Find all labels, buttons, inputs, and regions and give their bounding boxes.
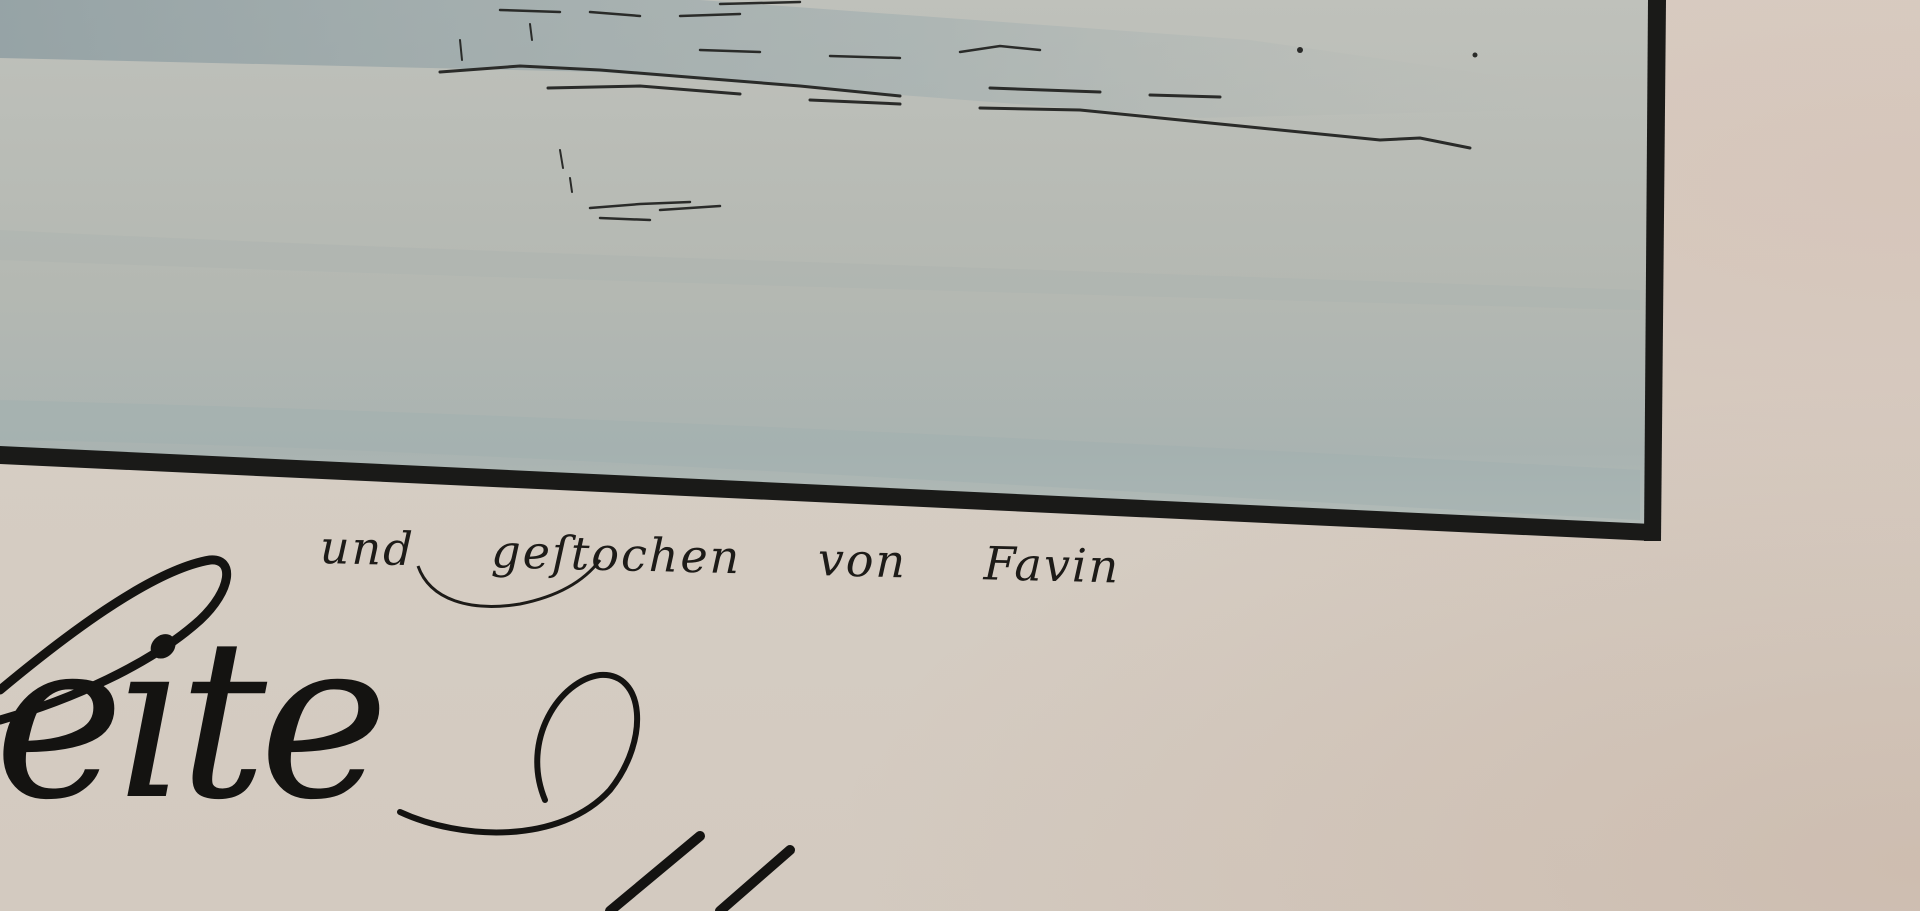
title-script-fragment: eite bbox=[0, 610, 381, 830]
picture-wash bbox=[0, 0, 1655, 532]
